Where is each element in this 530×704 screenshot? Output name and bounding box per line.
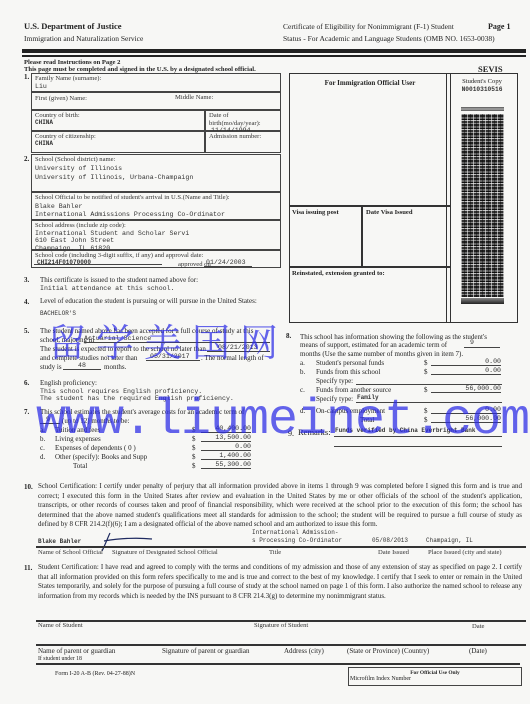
specify-type-b-label: Specify type:	[316, 377, 353, 385]
form-title-line2: Status - For Academic and Language Stude…	[283, 35, 495, 44]
section-8-months-underline	[464, 347, 500, 348]
certification-signature-line	[36, 546, 526, 548]
school-official-title: International Admissions Processing Co-O…	[35, 211, 277, 219]
visa-column-divider	[361, 205, 363, 266]
guardian-address-label: Address (city)	[284, 647, 324, 655]
cost-total-underline	[201, 468, 251, 469]
immigration-official-box	[289, 73, 451, 323]
support-item-dollar: $	[424, 359, 428, 367]
service-name: Immigration and Naturalization Service	[24, 35, 143, 44]
cost-item-underline	[201, 432, 251, 433]
support-item-letter: a.	[300, 359, 305, 367]
english-proficiency-label: English proficiency:	[40, 379, 97, 387]
place-issued-label: Place Issued (city and state)	[428, 549, 502, 557]
support-item-dollar: $	[424, 386, 428, 394]
section-5-line3: The student is expected to report to the…	[40, 345, 206, 353]
remarks-value: Funds verified by China Everbright Bank	[335, 428, 475, 435]
date-visa-issued-label: Date Visa Issued	[366, 209, 413, 217]
school-address-line2: 610 East John Street	[35, 237, 277, 245]
support-item-underline	[431, 365, 501, 366]
cost-item-underline	[201, 441, 251, 442]
family-name-label: Family Name (surname):	[35, 75, 277, 83]
official-use-only-box: For Official Use Only Microfilm Index Nu…	[348, 667, 522, 686]
section-5-line4-suffix: . The normal length of	[201, 354, 264, 362]
guardian-bottom-line	[36, 663, 520, 665]
student-signature-label: Signature of Student	[254, 622, 308, 630]
certifying-official-title-2: s Processing Co-Ordinator	[252, 538, 342, 545]
visa-divider	[289, 205, 451, 207]
agency-name: U.S. Department of Justice	[24, 22, 122, 32]
support-item-letter: d.	[300, 407, 305, 415]
major-underline	[84, 342, 270, 343]
section-1-number: 1.	[24, 73, 29, 81]
support-item-underline	[431, 413, 501, 414]
cost-item-letter: b.	[40, 435, 45, 443]
country-birth-label: Country of birth:	[35, 112, 201, 120]
school-official-name: Blake Bahler	[35, 203, 277, 211]
support-item-label: Funds from another source	[316, 386, 391, 394]
cost-item-dollar: $	[192, 444, 196, 452]
dob-label: Date of birth(mo/day/year):	[209, 112, 277, 127]
guardian-state-country-label: (State or Province) (Country)	[347, 647, 429, 655]
school-official-field: School Official to be notified of studen…	[31, 192, 281, 220]
cost-item-dollar: $	[192, 435, 196, 443]
specify-type-b-underline	[356, 384, 502, 385]
student-name-label: Name of Student	[38, 622, 83, 630]
school-address-field: School address (include zip code): Inter…	[31, 220, 281, 250]
certifying-official-name: Blake Bahler	[38, 539, 81, 546]
section-8-number: 8.	[286, 332, 291, 340]
school-address-label: School address (include zip code):	[35, 222, 277, 230]
remarks-underline-2	[334, 446, 502, 447]
admission-number-field: Admission number:	[205, 131, 281, 153]
report-date-underline	[207, 351, 270, 352]
section-3-text: This certificate is issued to the studen…	[40, 276, 198, 284]
remarks-label: Remarks:	[298, 428, 331, 438]
guardian-date-label: (Date)	[469, 647, 487, 655]
cost-total-label: Total	[73, 462, 87, 470]
students-copy-label: Student's Copy	[446, 78, 518, 86]
support-item-dollar: $	[424, 368, 428, 376]
school-official-label: School Official to be notified of studen…	[35, 194, 277, 202]
section-8-line3: months (Use the same number of months gi…	[300, 350, 463, 358]
section-7-number: 7.	[24, 408, 29, 416]
reinstated-label: Reinstated, extension granted to:	[292, 270, 385, 278]
cost-item-dollar: $	[192, 426, 196, 434]
cost-item-letter: c.	[40, 444, 45, 452]
cost-total-dollar: $	[192, 462, 196, 470]
school-name-line1: University of Illinois	[35, 165, 277, 173]
section-3-value: Initial attendance at this school.	[40, 285, 175, 293]
barcode-top-stripe	[461, 107, 504, 111]
family-name-value: Liu	[35, 83, 277, 91]
cost-item-label: Living expenses	[55, 435, 101, 443]
complete-date-underline	[146, 360, 200, 361]
student-date-label: Date	[472, 623, 484, 631]
section-5-line4: and complete studies not later than	[40, 354, 137, 362]
microfilm-index-label: Microfilm Index Number	[349, 676, 521, 683]
school-code-underline	[34, 264, 162, 265]
dob-field: Date of birth(mo/day/year): 11/14/1994	[205, 110, 281, 131]
guardian-name-label: Name of parent or guardian	[38, 647, 115, 655]
immigration-official-title: For Immigration Official User	[289, 79, 451, 87]
section-8-months: 9	[470, 339, 474, 347]
support-total-dollar: $	[424, 416, 428, 424]
middle-name-label: Middle Name:	[175, 94, 213, 102]
sevis-id: N0010310516	[446, 86, 518, 93]
english-proficiency-line2: The student has the required English pro…	[40, 395, 234, 403]
study-months-underline	[63, 369, 101, 370]
section-7-months-underline	[40, 423, 60, 424]
cost-item-dollar: $	[192, 453, 196, 461]
section-11-number: 11.	[24, 564, 32, 572]
section-7-line1: This school estimates the student's aver…	[40, 408, 244, 416]
header-divider	[22, 49, 526, 53]
school-address-line1: International Student and Scholar Servi	[35, 230, 277, 238]
school-name-label: School (School district) name:	[35, 156, 277, 164]
support-item-letter: c.	[300, 386, 305, 394]
cost-item-letter: a.	[40, 426, 45, 434]
guardian-signature-line	[36, 644, 526, 646]
admission-number-label: Admission number:	[209, 133, 277, 141]
section-3-number: 3.	[24, 276, 29, 284]
header-divider-thin	[22, 55, 526, 57]
section-7-line2: (up to 12) months to be:	[62, 417, 129, 425]
certifying-official-title-1: International Admission-	[252, 530, 338, 537]
cost-item-letter: d.	[40, 453, 45, 461]
support-total-underline	[431, 422, 501, 423]
student-certification-text: Student Certification: I have read and a…	[38, 563, 522, 601]
visa-issuing-post-label: Visa issuing post	[292, 209, 339, 217]
section-5-line5: study is	[40, 363, 62, 371]
section-2-number: 2.	[24, 155, 29, 163]
cost-item-label: Tuition and fees	[55, 426, 100, 434]
official-title-label: Title	[269, 549, 281, 557]
country-citizenship-label: Country of citizenship:	[35, 133, 201, 141]
section-5-line1: The student named above has been accepte…	[40, 327, 253, 335]
form-title-line1: Certificate of Eligibility for Nonimmigr…	[283, 23, 454, 32]
support-item-label: Student's personal funds	[316, 359, 384, 367]
section-10-number: 10.	[24, 483, 33, 491]
guardian-under18-label: If student under 18	[38, 656, 82, 663]
country-citizenship-value: CHINA	[35, 141, 201, 148]
support-total-label: Total	[360, 416, 374, 424]
date-issued-value: 05/08/2013	[372, 538, 408, 545]
section-4-number: 4.	[24, 298, 29, 306]
section-5-number: 5.	[24, 327, 29, 335]
school-name-line2: University of Illinois, Urbana-Champaign	[35, 174, 277, 182]
cost-item-label: Other (specify): Books and Supp	[55, 453, 147, 461]
section-9-number: 9.	[288, 429, 294, 438]
form-id: Form I-20 A-B (Rev. 04-27-88)N	[55, 671, 135, 678]
barcode-bottom-stripe	[461, 298, 504, 304]
first-name-field: First (given) Name: Middle Name:	[31, 92, 281, 110]
specify-type-c-label: Specify type:	[316, 395, 353, 403]
remarks-underline-1	[334, 436, 502, 437]
page-number: Page 1	[488, 22, 510, 31]
reinstated-divider	[289, 266, 451, 268]
section-8-line2: means of support, estimated for an acade…	[300, 341, 447, 349]
support-item-label: Funds from this school	[316, 368, 380, 376]
official-name-label: Name of School Official	[38, 549, 103, 557]
section-4-text: Level of education the student is pursui…	[40, 297, 257, 305]
education-level-value: BACHELOR'S	[40, 311, 76, 318]
support-item-letter: b.	[300, 368, 305, 376]
country-citizenship-field: Country of citizenship: CHINA	[31, 131, 205, 153]
section-8-line1: This school has information showing the …	[300, 333, 487, 341]
place-issued-value: Champaign, IL	[426, 538, 473, 545]
support-item-label: On-campus employment	[316, 407, 385, 415]
support-item-underline	[431, 374, 501, 375]
section-5-line5-suffix: months.	[104, 363, 126, 371]
date-issued-label: Date Issued	[378, 549, 409, 557]
official-signature-label: Signature of Designated School Official	[112, 549, 218, 557]
guardian-signature-label: Signature of parent or guardian	[162, 647, 249, 655]
approved-date-underline	[204, 266, 252, 267]
support-item-dollar: $	[424, 407, 428, 415]
country-birth-value: CHINA	[35, 120, 201, 127]
country-birth-field: Country of birth: CHINA	[31, 110, 205, 131]
cost-item-underline	[201, 450, 251, 451]
first-name-label: First (given) Name:	[35, 95, 87, 102]
family-name-field: Family Name (surname): Liu	[31, 73, 281, 92]
barcode-icon	[461, 114, 504, 297]
section-6-number: 6.	[24, 379, 29, 387]
specify-type-c-underline	[356, 402, 502, 403]
cost-item-label: Expenses of dependents ( 0 )	[55, 444, 136, 452]
school-certification-text: School Certification: I certify under pe…	[38, 482, 522, 530]
cost-item-underline	[201, 459, 251, 460]
support-item-underline	[431, 392, 501, 393]
school-name-field: School (School district) name: Universit…	[31, 154, 281, 192]
specify-type-c-value: Family	[357, 395, 379, 402]
